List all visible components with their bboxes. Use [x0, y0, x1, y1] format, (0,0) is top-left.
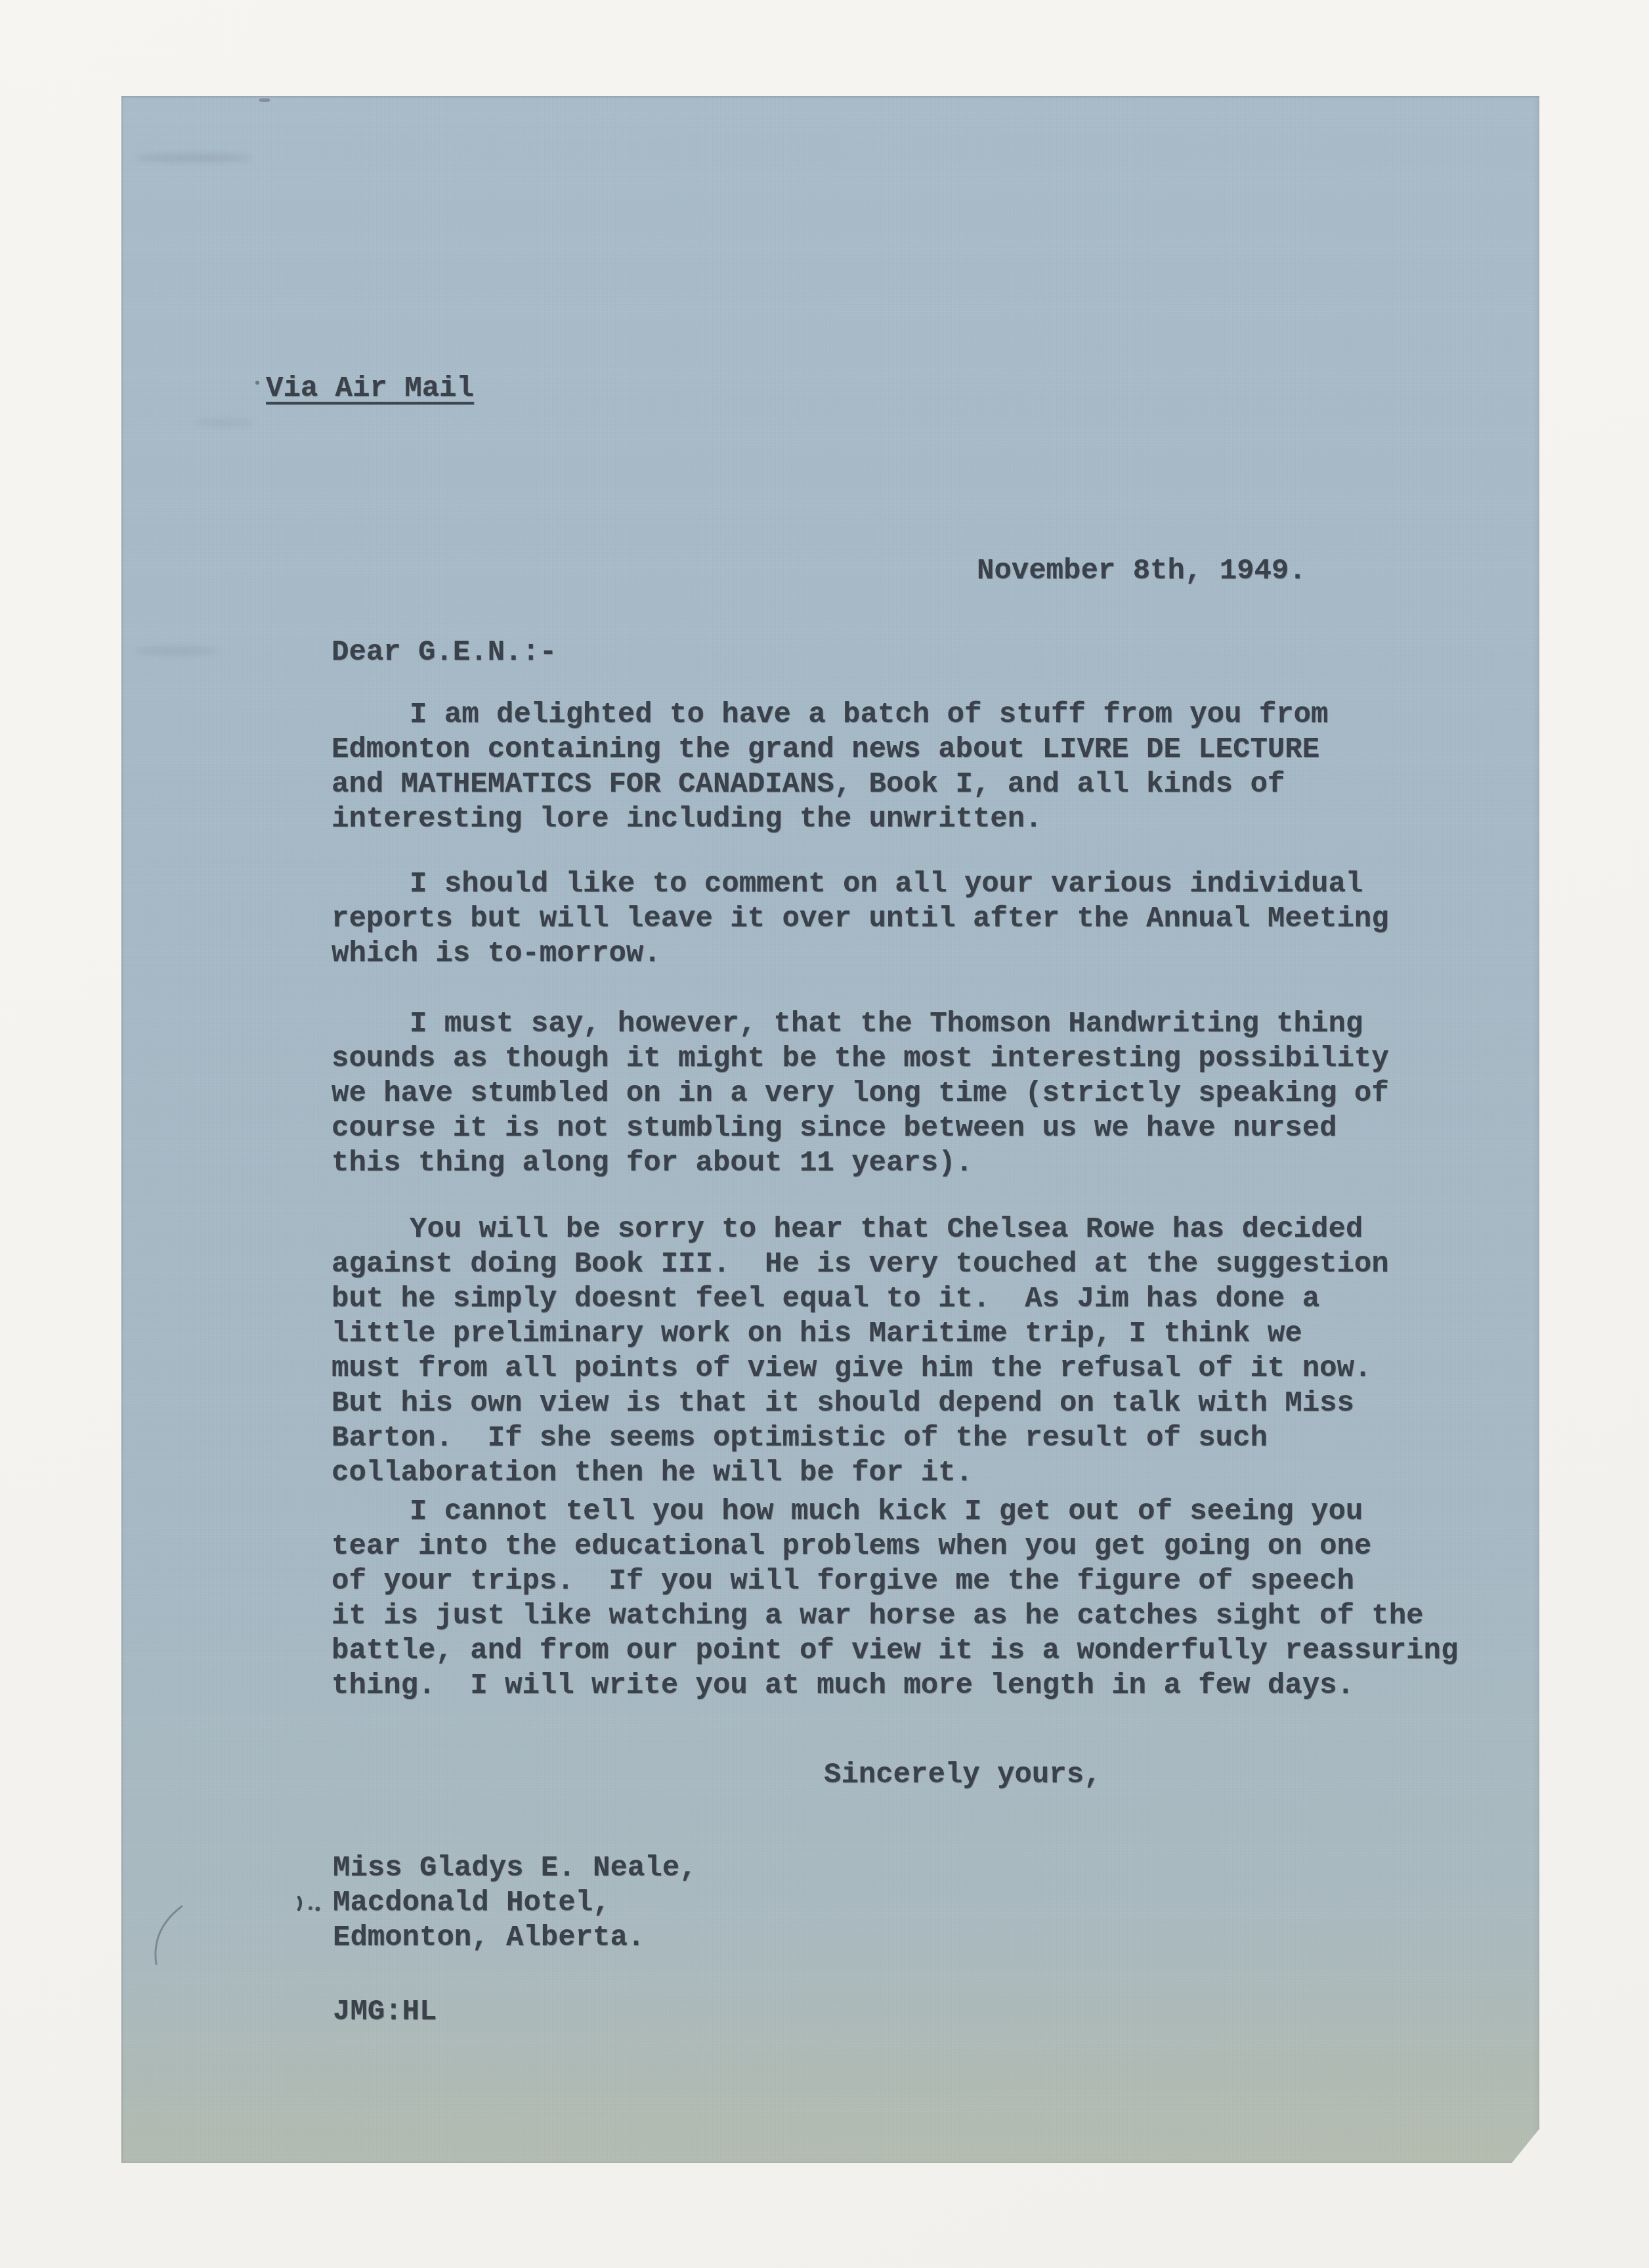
edge-nick-mark	[259, 98, 270, 102]
scan-background: Via Air Mail November 8th, 1949. Dear G.…	[0, 0, 1649, 2268]
ink-dot-mark	[309, 1906, 312, 1910]
ink-dot-mark	[316, 1907, 320, 1912]
stray-ink-dot	[255, 381, 259, 385]
pencil-arc-mark	[156, 1906, 182, 1964]
handwritten-marks-overlay	[121, 96, 1539, 2163]
letter-sheet: Via Air Mail November 8th, 1949. Dear G.…	[121, 96, 1539, 2163]
ink-tick-mark	[299, 1897, 301, 1910]
